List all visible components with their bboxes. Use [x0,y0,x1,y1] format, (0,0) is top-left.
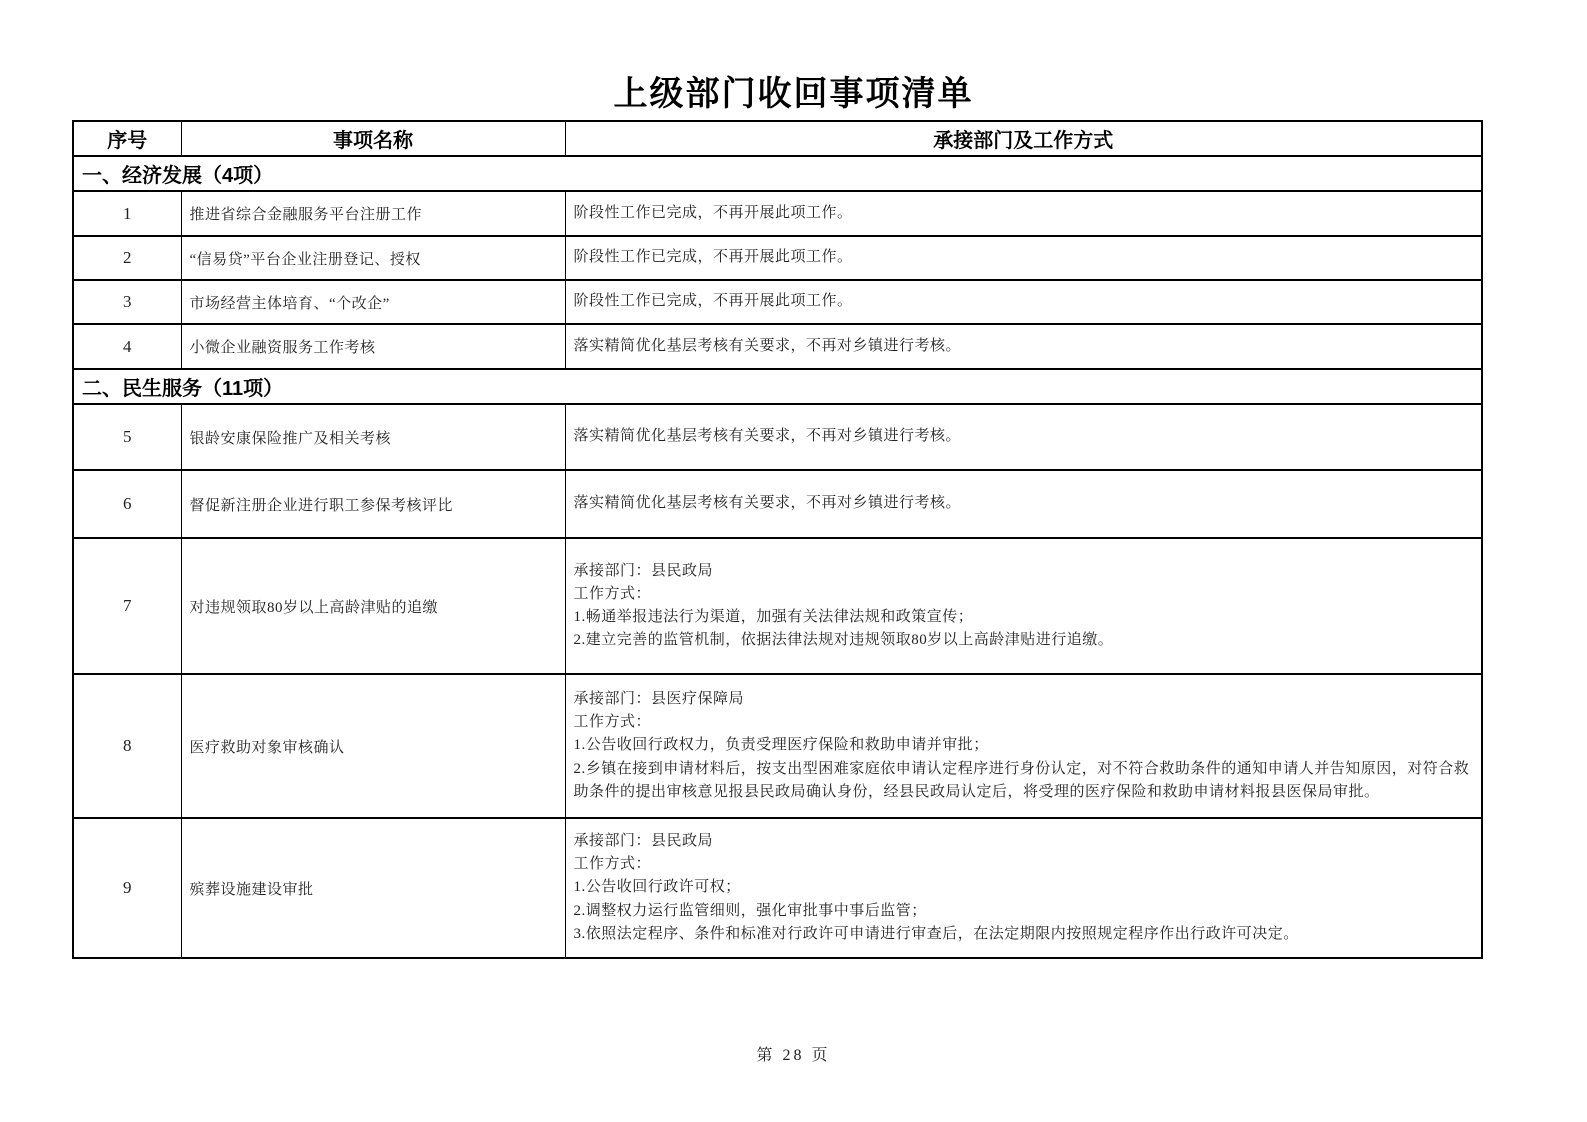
section-label: 二、民生服务（11项） [73,369,1482,404]
column-header-item-name: 事项名称 [181,121,565,156]
table-header-row: 序号 事项名称 承接部门及工作方式 [73,121,1482,156]
table-row: 7对违规领取80岁以上高龄津贴的追缴承接部门：县民政局 工作方式： 1.畅通举报… [73,538,1482,674]
item-name-cell: “信易贷”平台企业注册登记、授权 [181,236,565,280]
department-method-cell: 落实精简优化基层考核有关要求，不再对乡镇进行考核。 [565,470,1482,538]
department-method-cell: 落实精简优化基层考核有关要求，不再对乡镇进行考核。 [565,404,1482,470]
department-method-cell: 落实精简优化基层考核有关要求，不再对乡镇进行考核。 [565,324,1482,369]
row-number-cell: 8 [73,674,181,818]
table-row: 2“信易贷”平台企业注册登记、授权阶段性工作已完成，不再开展此项工作。 [73,236,1482,280]
table-row: 8医疗救助对象审核确认承接部门：县医疗保障局 工作方式： 1.公告收回行政权力，… [73,674,1482,818]
item-name-cell: 督促新注册企业进行职工参保考核评比 [181,470,565,538]
row-number-cell: 6 [73,470,181,538]
section-label: 一、经济发展（4项） [73,156,1482,191]
department-method-cell: 承接部门：县民政局 工作方式： 1.公告收回行政许可权； 2.调整权力运行监管细… [565,818,1482,958]
table-row: 9殡葬设施建设审批承接部门：县民政局 工作方式： 1.公告收回行政许可权； 2.… [73,818,1482,958]
section-row: 二、民生服务（11项） [73,369,1482,404]
table-row: 6督促新注册企业进行职工参保考核评比落实精简优化基层考核有关要求，不再对乡镇进行… [73,470,1482,538]
department-method-cell: 阶段性工作已完成，不再开展此项工作。 [565,191,1482,236]
page-number: 第 28 页 [0,1042,1587,1065]
item-name-cell: 市场经营主体培育、“个改企” [181,280,565,324]
row-number-cell: 7 [73,538,181,674]
table-row: 3市场经营主体培育、“个改企”阶段性工作已完成，不再开展此项工作。 [73,280,1482,324]
department-method-cell: 阶段性工作已完成，不再开展此项工作。 [565,280,1482,324]
department-method-cell: 承接部门：县民政局 工作方式： 1.畅通举报违法行为渠道，加强有关法律法规和政策… [565,538,1482,674]
row-number-cell: 1 [73,191,181,236]
row-number-cell: 5 [73,404,181,470]
item-name-cell: 医疗救助对象审核确认 [181,674,565,818]
section-row: 一、经济发展（4项） [73,156,1482,191]
row-number-cell: 4 [73,324,181,369]
document-page: 上级部门收回事项清单 序号 事项名称 承接部门及工作方式 一、经济发展（4项）1… [0,0,1587,1122]
recovered-items-table: 序号 事项名称 承接部门及工作方式 一、经济发展（4项）1推进省综合金融服务平台… [72,120,1483,959]
row-number-cell: 9 [73,818,181,958]
item-name-cell: 推进省综合金融服务平台注册工作 [181,191,565,236]
column-header-department-method: 承接部门及工作方式 [565,121,1482,156]
table-row: 5银龄安康保险推广及相关考核落实精简优化基层考核有关要求，不再对乡镇进行考核。 [73,404,1482,470]
table-row: 4小微企业融资服务工作考核落实精简优化基层考核有关要求，不再对乡镇进行考核。 [73,324,1482,369]
department-method-cell: 阶段性工作已完成，不再开展此项工作。 [565,236,1482,280]
row-number-cell: 2 [73,236,181,280]
item-name-cell: 殡葬设施建设审批 [181,818,565,958]
item-name-cell: 银龄安康保险推广及相关考核 [181,404,565,470]
page-title: 上级部门收回事项清单 [0,66,1587,115]
table-row: 1推进省综合金融服务平台注册工作阶段性工作已完成，不再开展此项工作。 [73,191,1482,236]
department-method-cell: 承接部门：县医疗保障局 工作方式： 1.公告收回行政权力，负责受理医疗保险和救助… [565,674,1482,818]
item-name-cell: 对违规领取80岁以上高龄津贴的追缴 [181,538,565,674]
row-number-cell: 3 [73,280,181,324]
item-name-cell: 小微企业融资服务工作考核 [181,324,565,369]
column-header-serial: 序号 [73,121,181,156]
